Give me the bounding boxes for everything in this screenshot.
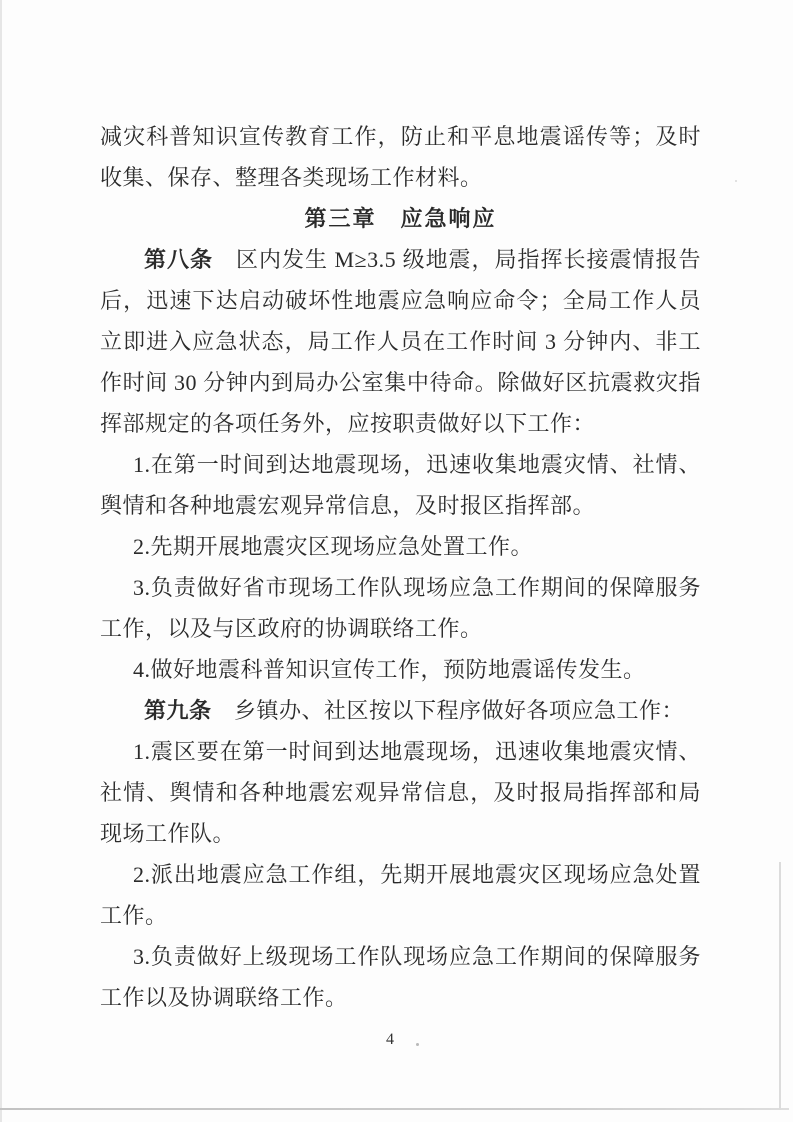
paragraph: 第八条 区内发生 M≥3.5 级地震，局指挥长接震情报告后，迅速下达启动破坏性地…	[100, 239, 701, 444]
paragraph: 1.在第一时间到达地震现场，迅速收集地震灾情、社情、舆情和各种地震宏观异常信息，…	[100, 444, 701, 526]
paragraph: 3.负责做好省市现场工作队现场应急工作期间的保障服务工作，以及与区政府的协调联络…	[100, 567, 701, 649]
page-edge-left	[0, 0, 2, 1122]
scan-speck	[735, 180, 737, 182]
paragraph: 第九条 乡镇办、社区按以下程序做好各项应急工作：	[100, 690, 701, 731]
paragraph: 2.先期开展地震灾区现场应急处置工作。	[100, 526, 701, 567]
paragraph: 1.震区要在第一时间到达地震现场，迅速收集地震灾情、社情、舆情和各种地震宏观异常…	[100, 731, 701, 854]
paragraph: 减灾科普知识宣传教育工作，防止和平息地震谣传等；及时收集、保存、整理各类现场工作…	[100, 116, 701, 198]
paragraph: 3.负责做好上级现场工作队现场应急工作期间的保障服务工作以及协调联络工作。	[100, 936, 701, 1018]
paragraph: 2.派出地震应急工作组，先期开展地震灾区现场应急处置工作。	[100, 854, 701, 936]
paragraph: 4.做好地震科普知识宣传工作，预防地震谣传发生。	[100, 649, 701, 690]
page-edge-right	[779, 862, 781, 1110]
article-number: 第九条	[144, 698, 212, 723]
document-body: 减灾科普知识宣传教育工作，防止和平息地震谣传等；及时收集、保存、整理各类现场工作…	[100, 116, 701, 1018]
article-number: 第八条	[144, 247, 213, 272]
scanned-document-page: 减灾科普知识宣传教育工作，防止和平息地震谣传等；及时收集、保存、整理各类现场工作…	[0, 0, 793, 1122]
page-edge-bottom	[0, 1108, 789, 1110]
page-number: 4	[0, 1030, 780, 1050]
chapter-heading: 第三章 应急响应	[100, 198, 701, 239]
